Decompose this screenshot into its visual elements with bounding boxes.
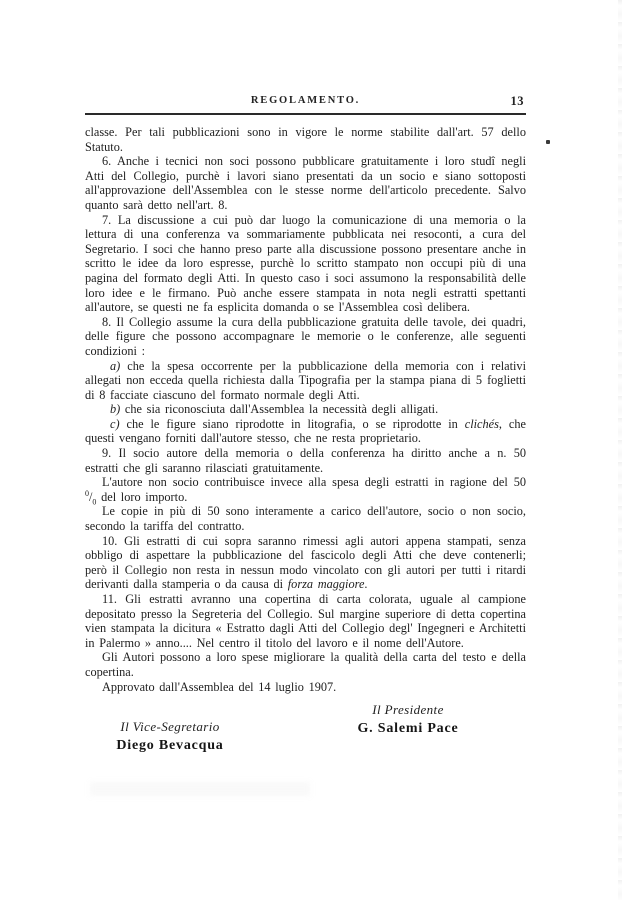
vice-secretary-name: Diego Bevacqua [85,738,255,754]
scanned-document-page: REGOLAMENTO. 13 classe. Per tali pubblic… [0,0,622,900]
paragraph: a) che la spesa occorrente per la pubbli… [85,359,526,403]
italic-text-run: a) [110,359,120,373]
vice-secretary-title: Il Vice-Segretario [85,719,255,735]
text-run: Le copie in più di 50 sono interamente a… [85,504,526,533]
text-run: che le figure siano riprodotte in litogr… [120,417,465,431]
page-number: 13 [511,94,525,109]
text-block: REGOLAMENTO. 13 classe. Per tali pubblic… [85,92,526,782]
text-run: che sia riconosciuta dall'Assemblea la n… [120,402,438,416]
text-run: che la spesa occorrente per la pubblicaz… [85,359,526,402]
president-name: G. Salemi Pace [323,721,493,737]
paragraph: L'autore non socio contribuisce invece a… [85,475,526,504]
paragraph: Le copie in più di 50 sono interamente a… [85,504,526,533]
text-run: 9. Il socio autore della memoria o della… [85,446,526,475]
paragraph: Approvato dall'Assemblea del 14 luglio 1… [85,680,526,695]
text-run: L'autore non socio contribuisce invece a… [102,475,526,489]
paragraph: 10. Gli estratti di cui sopra saranno ri… [85,534,526,592]
president-title: Il Presidente [323,702,493,718]
document-body: classe. Per tali pubblicazioni sono in v… [85,125,526,694]
italic-text-run: clichés [465,417,499,431]
scan-edge-noise [618,0,622,900]
text-run: 6. Anche i tecnici non soci possono pubb… [85,154,526,212]
vice-secretary-signature: Il Vice-Segretario Diego Bevacqua [85,719,255,754]
text-run: 11. Gli estratti avranno una copertina d… [85,592,526,650]
italic-text-run: forza maggiore [288,577,365,591]
paragraph: classe. Per tali pubblicazioni sono in v… [85,125,526,154]
paragraph: c) che le figure siano riprodotte in lit… [85,417,526,446]
italic-text-run: b) [110,402,120,416]
text-run: 8. Il Collegio assume la cura della pubb… [85,315,526,358]
running-title: REGOLAMENTO. [85,92,526,106]
text-run: . [364,577,367,591]
paragraph: 9. Il socio autore della memoria o della… [85,446,526,475]
signature-block: Il Presidente G. Salemi Pace Il Vice-Seg… [85,702,526,782]
president-signature: Il Presidente G. Salemi Pace [323,702,493,737]
text-run: del loro importo. [96,490,187,504]
running-head: REGOLAMENTO. 13 [85,92,526,112]
show-through-ghosting [90,782,310,796]
paragraph: 7. La discussione a cui può dar luogo la… [85,213,526,315]
text-run: classe. Per tali pubblicazioni sono in v… [85,125,526,154]
text-run: Gli Autori possono a loro spese migliora… [85,650,526,679]
paragraph: b) che sia riconosciuta dall'Assemblea l… [85,402,526,417]
ink-speck-artifact [546,140,550,144]
italic-text-run: c) [110,417,120,431]
paragraph: Gli Autori possono a loro spese migliora… [85,650,526,679]
text-run: 7. La discussione a cui può dar luogo la… [85,213,526,315]
header-rule [85,113,526,115]
text-run: Approvato dall'Assemblea del 14 luglio 1… [102,680,336,694]
paragraph: 11. Gli estratti avranno una copertina d… [85,592,526,650]
paragraph: 6. Anche i tecnici non soci possono pubb… [85,154,526,212]
paragraph: 8. Il Collegio assume la cura della pubb… [85,315,526,359]
